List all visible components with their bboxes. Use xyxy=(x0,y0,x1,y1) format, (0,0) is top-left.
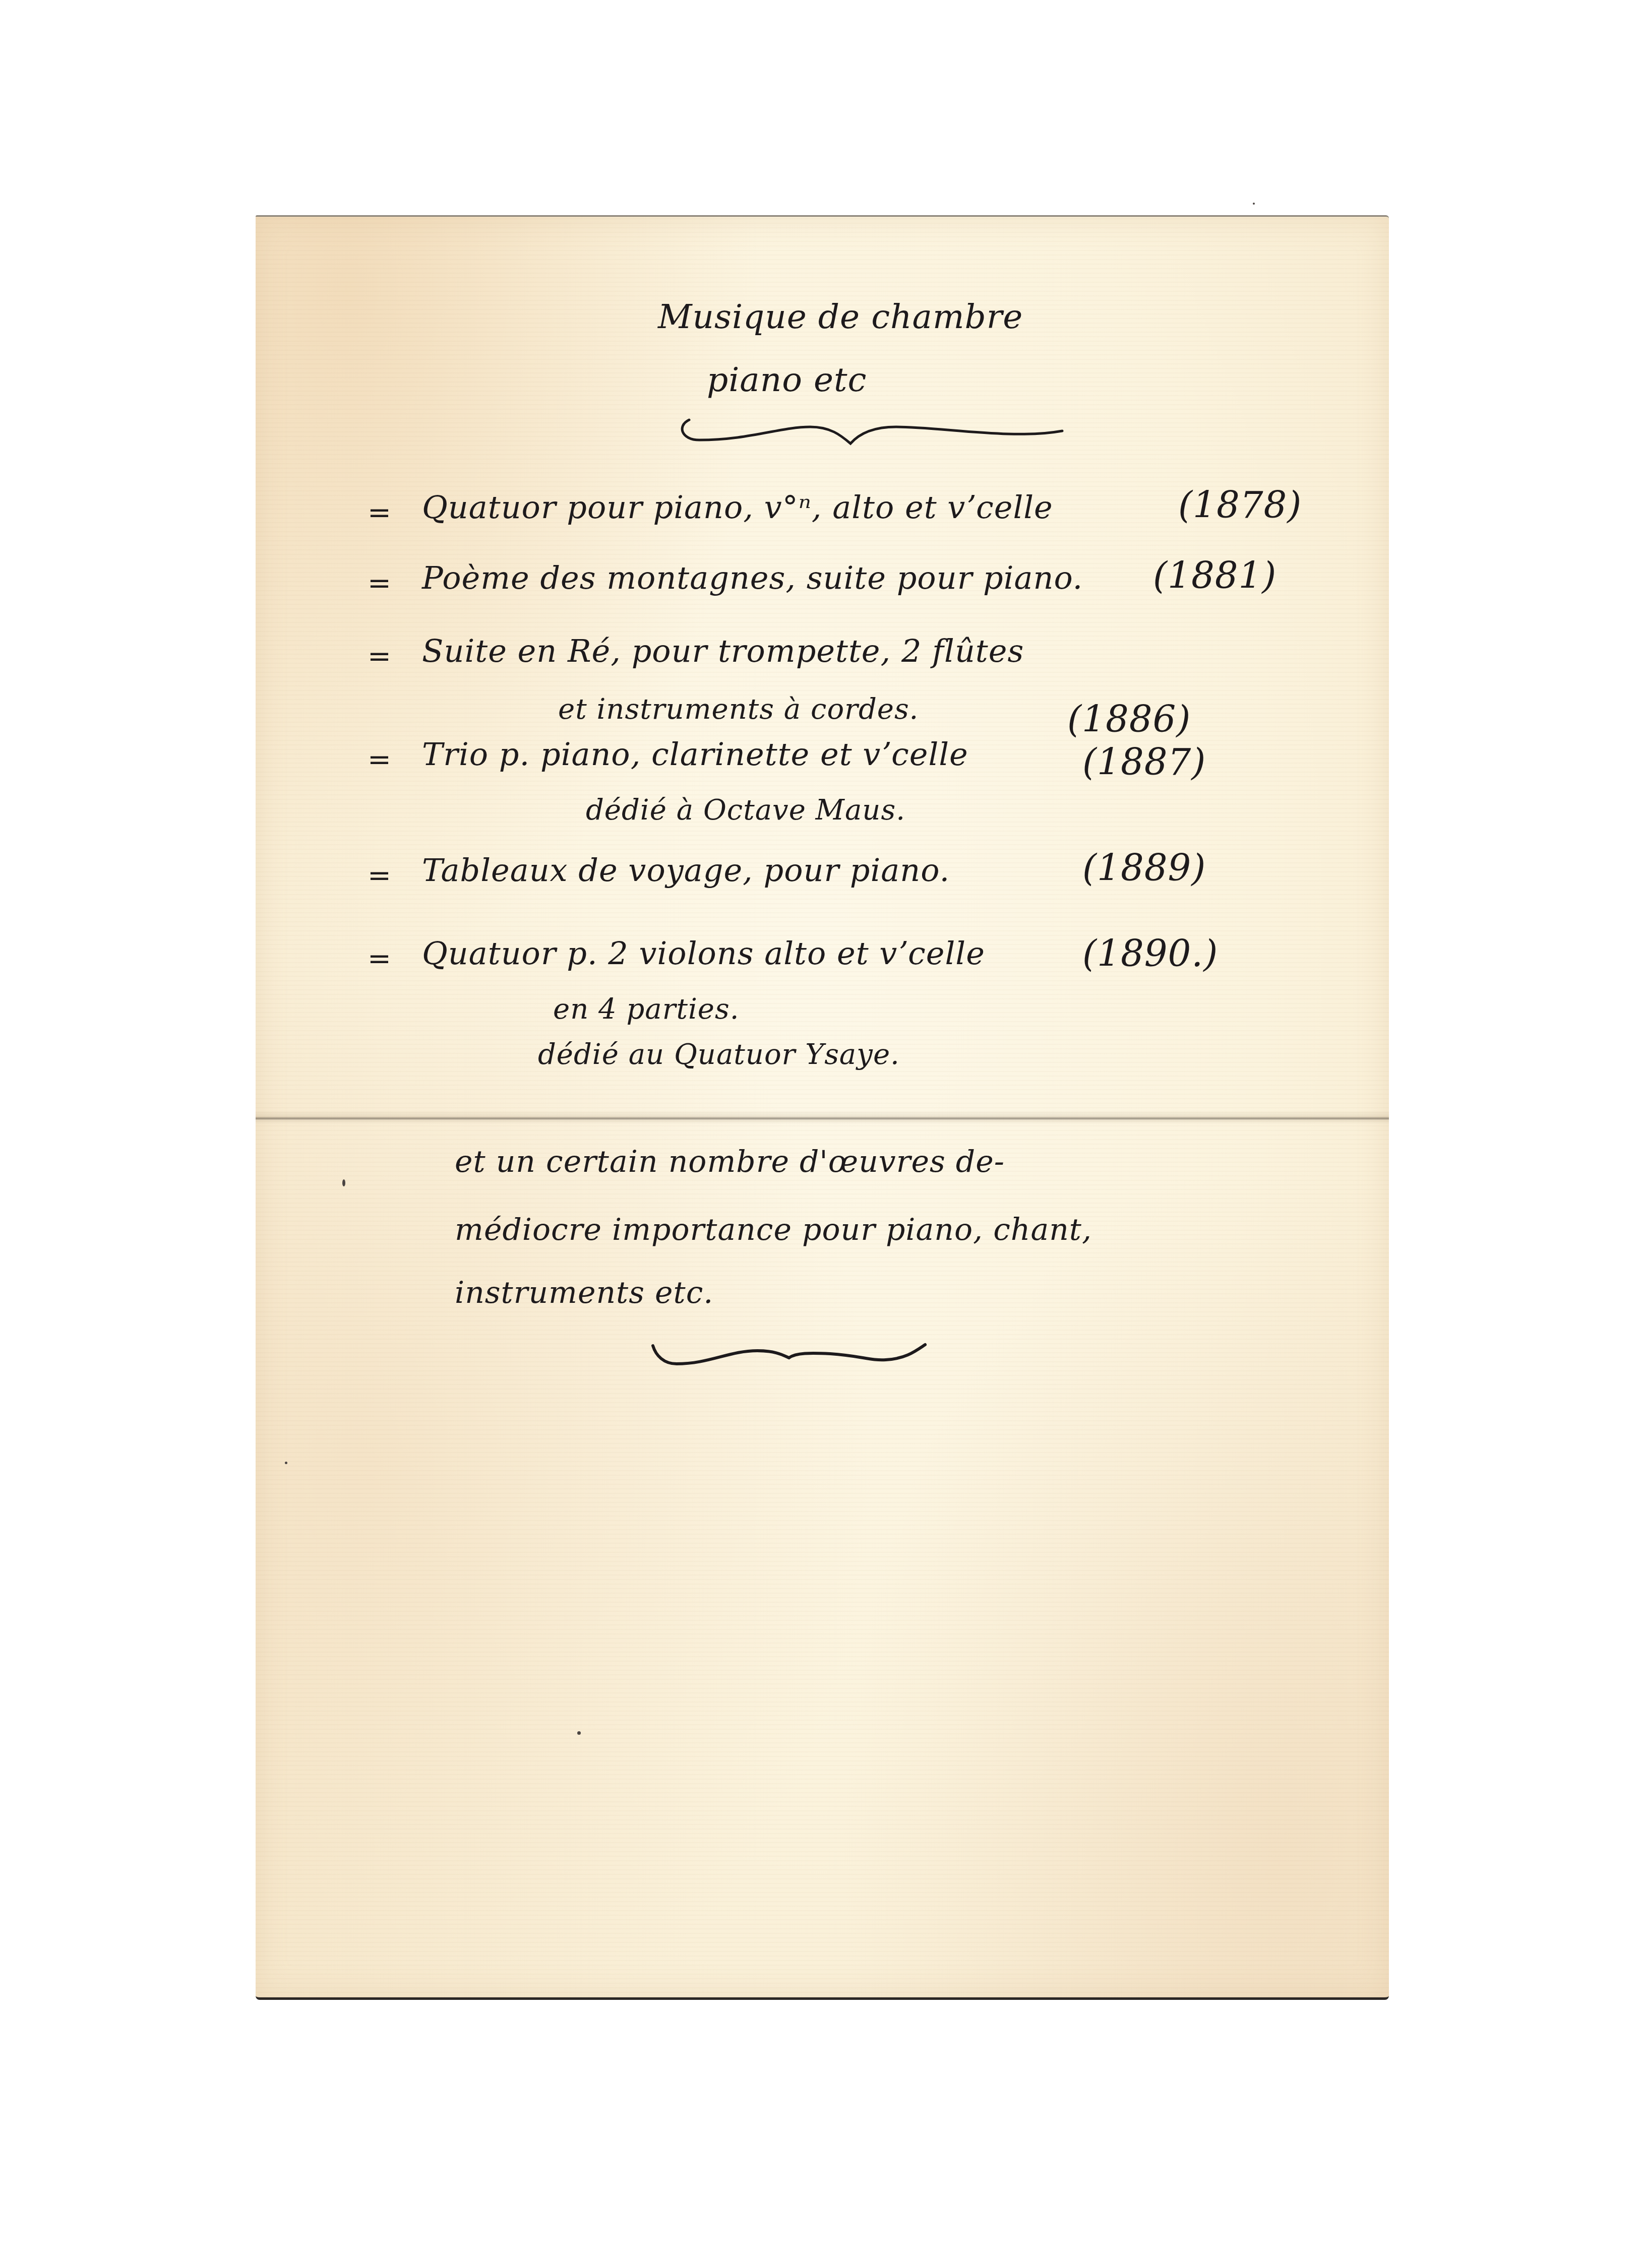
entry-5-bullet: = xyxy=(368,859,392,892)
heading-flourish-icon xyxy=(679,416,1072,451)
closing-line-2: médiocre importance pour piano, chant, xyxy=(455,1212,1092,1247)
heading-line-2: piano etc xyxy=(707,360,867,399)
entry-1-title: Quatuor pour piano, v°ⁿ, alto et vʼcelle xyxy=(422,489,1053,526)
entry-4-year: (1887) xyxy=(1082,741,1206,783)
entry-2-bullet: = xyxy=(368,567,392,600)
ink-speck xyxy=(342,1179,345,1186)
entry-4-bullet: = xyxy=(368,743,392,776)
entry-3-bullet: = xyxy=(368,640,392,673)
closing-line-3: instruments etc. xyxy=(455,1275,713,1310)
entry-5-title: Tableaux de voyage, pour piano. xyxy=(422,852,950,889)
entry-3-continuation: et instruments à cordes. xyxy=(558,693,919,726)
entry-1-year: (1878) xyxy=(1178,484,1302,526)
heading-line-1: Musique de chambre xyxy=(658,297,1023,336)
entry-6-bullet: = xyxy=(368,942,392,975)
entry-6-parts: en 4 parties. xyxy=(553,993,740,1026)
manuscript-page: Musique de chambre piano etc = Quatuor p… xyxy=(256,215,1389,2000)
entry-4-dedication: dédié à Octave Maus. xyxy=(586,794,905,827)
paper-fold-crease xyxy=(256,1110,1389,1124)
entry-2-title: Poème des montagnes, suite pour piano. xyxy=(422,559,1083,596)
entry-3-title: Suite en Ré, pour trompette, 2 flûtes xyxy=(422,633,1024,669)
entry-5-year: (1889) xyxy=(1082,847,1206,889)
entry-6-title: Quatuor p. 2 violons alto et vʼcelle xyxy=(422,935,985,972)
entry-6-dedication: dédié au Quatuor Ysaye. xyxy=(538,1038,900,1071)
entry-1-bullet: = xyxy=(368,496,392,529)
ink-speck xyxy=(577,1731,581,1735)
entry-4-title: Trio p. piano, clarinette et vʼcelle xyxy=(422,736,968,773)
entry-2-year: (1881) xyxy=(1153,554,1276,597)
entry-3-year: (1886) xyxy=(1067,698,1191,740)
entry-6-year: (1890.) xyxy=(1082,932,1218,975)
closing-line-1: et un certain nombre d'œuvres de- xyxy=(455,1144,1005,1179)
closing-flourish-icon xyxy=(649,1336,931,1376)
ink-speck xyxy=(285,1462,287,1464)
stray-speck xyxy=(1253,203,1255,205)
